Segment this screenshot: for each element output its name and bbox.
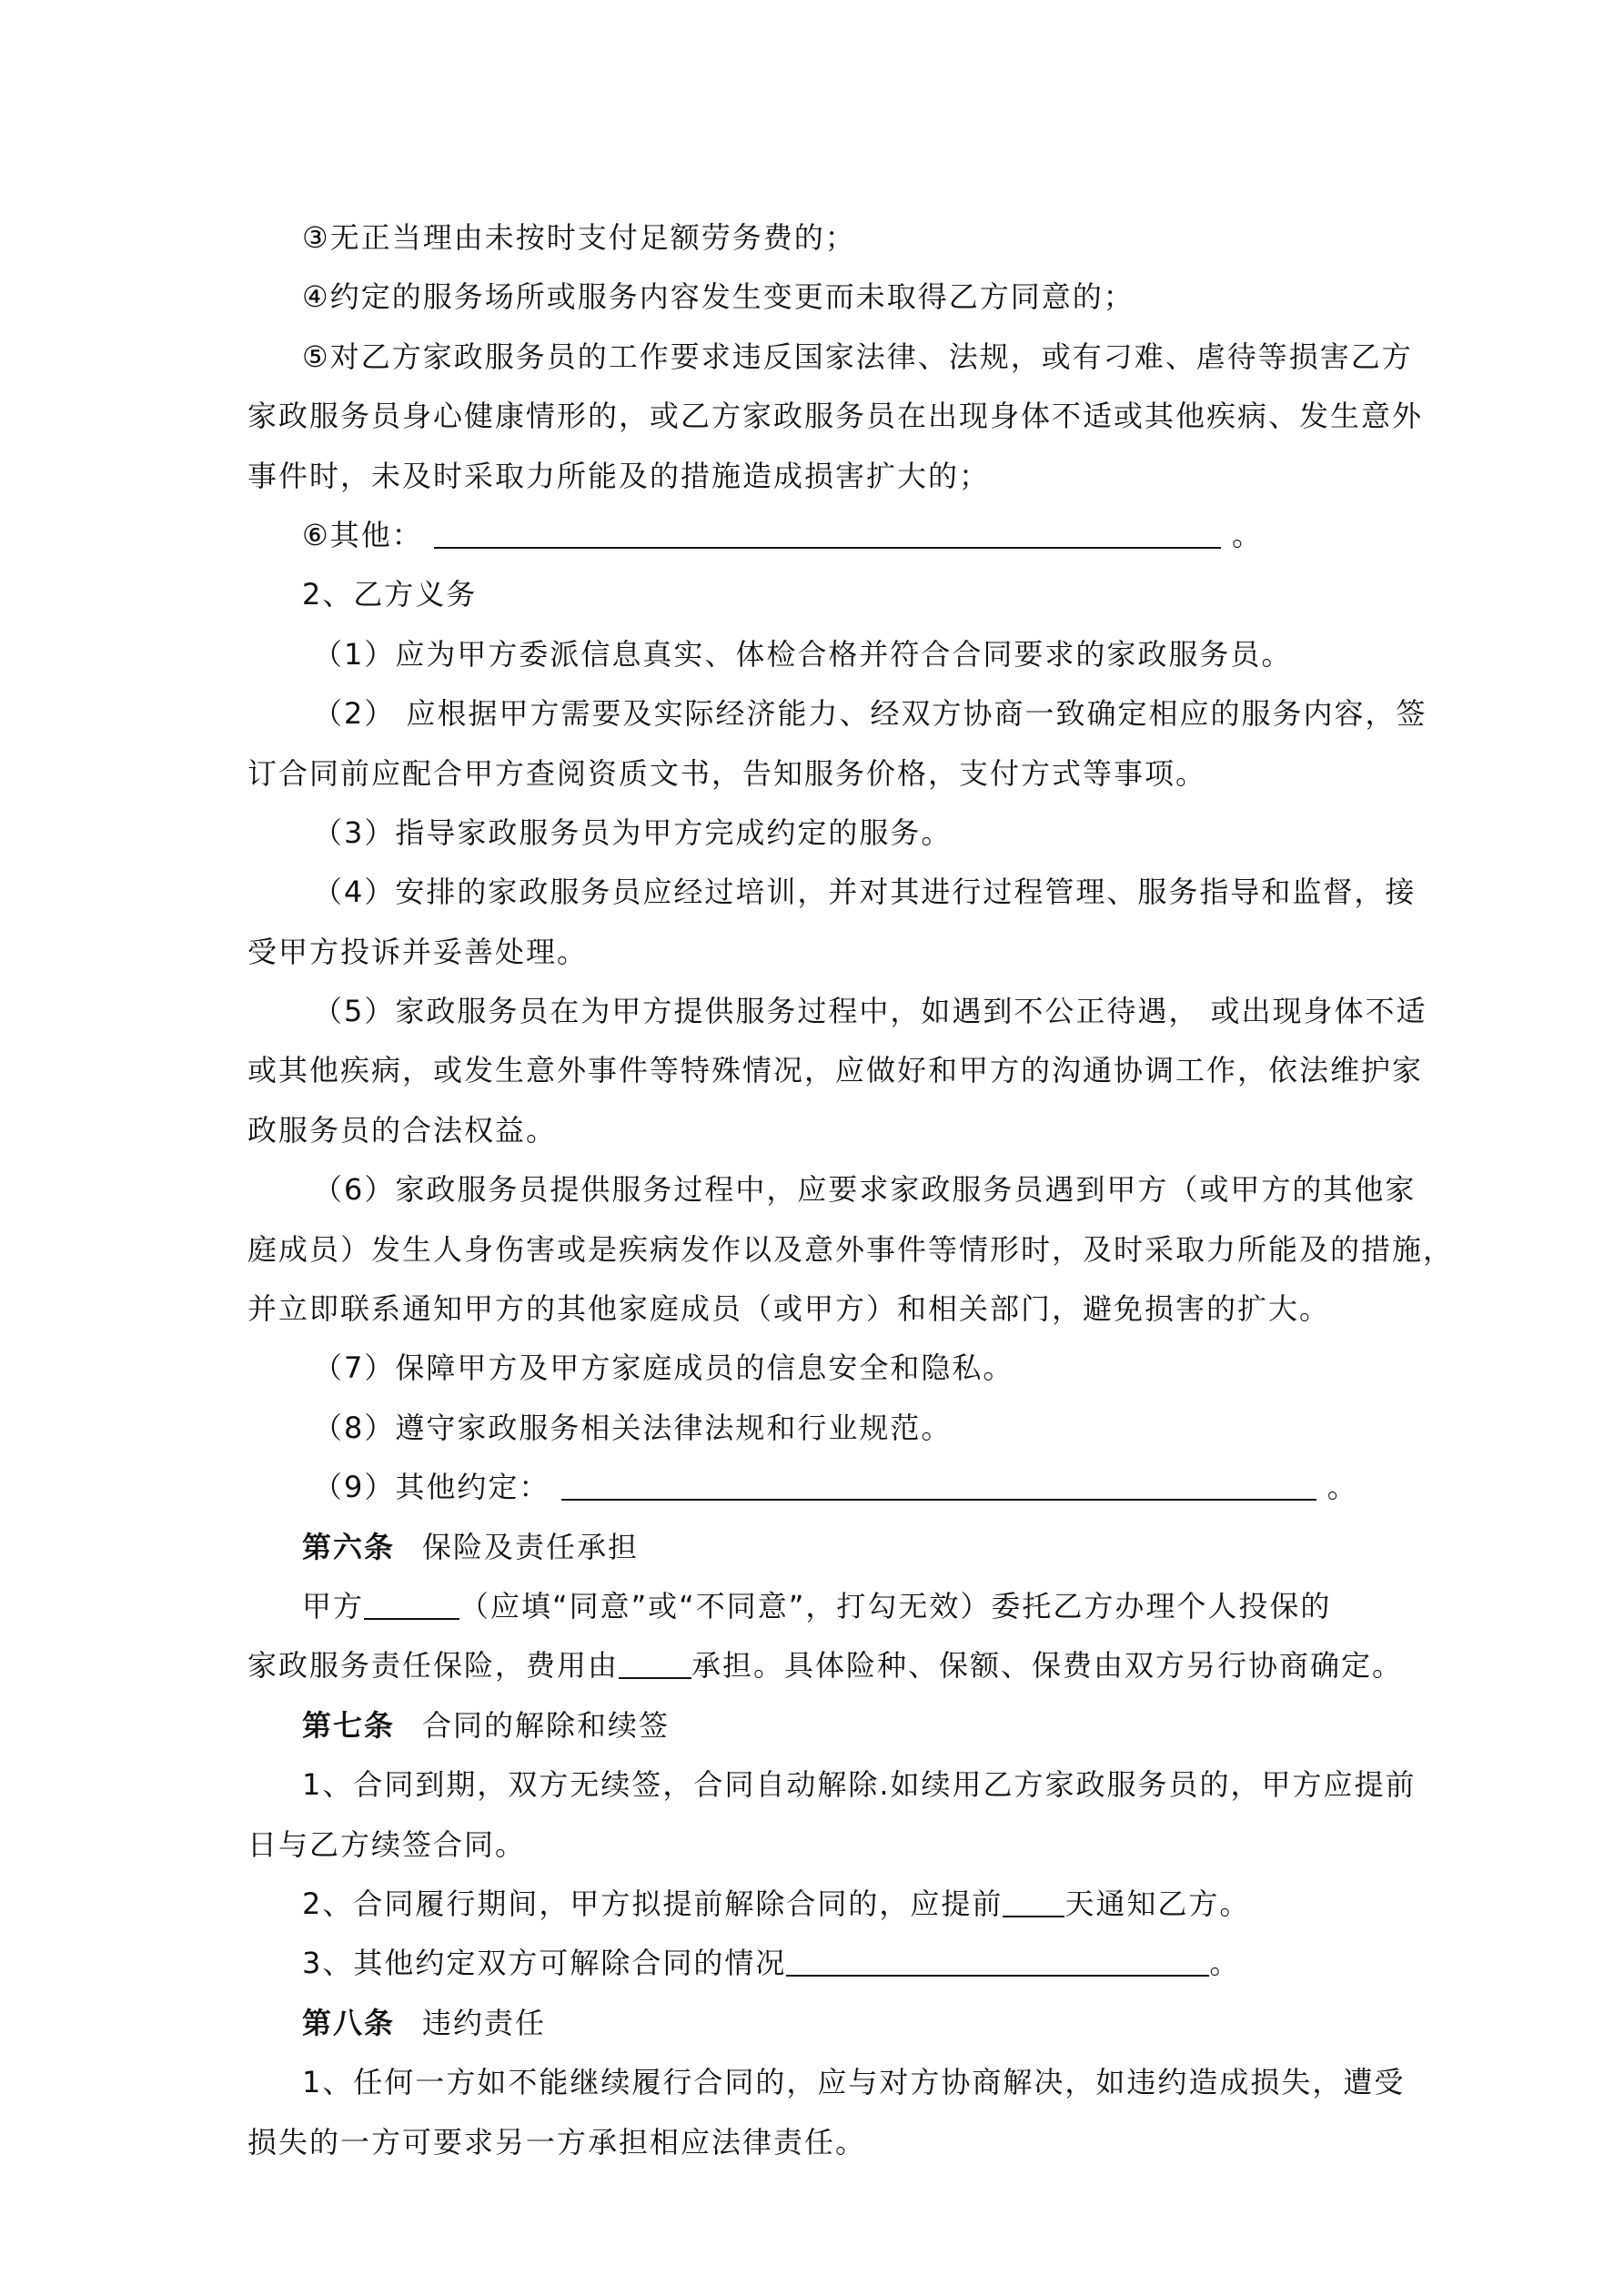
article-8-heading: 第八条违约责任 [247, 1994, 1383, 2053]
obligation-line: （2） 应根据甲方需要及实际经济能力、经双方协商一致确定相应的服务内容，签 [247, 684, 1383, 743]
item-9-label: （9）其他约定： [313, 1470, 550, 1504]
item-6-label: ⑥其他： [302, 518, 423, 552]
paragraph-line: ③无正当理由未按时支付足额劳务费的； [247, 208, 1383, 268]
obligation-line: （6）家政服务员提供服务过程中，应要求家政服务员遇到甲方（或甲方的其他家 [247, 1160, 1383, 1219]
paragraph-line: 家政服务员身心健康情形的，或乙方家政服务员在出现身体不适或其他疾病、发生意外 [247, 387, 1383, 446]
obligation-line: 受甲方投诉并妥善处理。 [247, 923, 1383, 982]
text: 3、其他约定双方可解除合同的情况 [302, 1946, 786, 1980]
article-6-line-2: 家政服务责任保险，费用由承担。具体险种、保额、保费由双方另行协商确定。 [247, 1636, 1383, 1695]
article-6-title: 保险及责任承担 [422, 1530, 639, 1564]
text: 甲方 [302, 1589, 364, 1623]
paragraph-line: ⑤对乙方家政服务员的工作要求违反国家法律、法规，或有刁难、虐待等损害乙方 [247, 328, 1383, 387]
obligation-line: 政服务员的合法权益。 [247, 1101, 1383, 1160]
article-6-line-1: 甲方（应填“同意”或“不同意”，打勾无效）委托乙方办理个人投保的 [247, 1577, 1383, 1636]
item-9-period: 。 [1327, 1470, 1358, 1504]
text: 家政服务责任保险，费用由 [247, 1648, 619, 1683]
item-6-other: ⑥其他： 。 [247, 506, 1383, 565]
article-7-clause-2: 2、合同履行期间，甲方拟提前解除合同的，应提前天通知乙方。 [247, 1875, 1383, 1934]
article-7-clause-3: 3、其他约定双方可解除合同的情况。 [247, 1934, 1383, 1993]
article-7-clause-1b: 日与乙方续签合同。 [247, 1816, 1383, 1875]
article-8-clause-1b: 损失的一方可要求另一方承担相应法律责任。 [247, 2113, 1383, 2172]
obligation-line: 并立即联系通知甲方的其他家庭成员（或甲方）和相关部门，避免损害的扩大。 [247, 1279, 1383, 1339]
paragraph-line: ④约定的服务场所或服务内容发生变更而未取得乙方同意的； [247, 268, 1383, 327]
article-8-number: 第八条 [302, 2006, 395, 2040]
article-8-clause-1a: 1、任何一方如不能继续履行合同的，应与对方协商解决，如违约造成损失，遭受 [247, 2053, 1383, 2112]
text: 承担。具体险种、保额、保费由双方另行协商确定。 [691, 1648, 1403, 1683]
text: 天通知乙方。 [1064, 1886, 1250, 1921]
article-7-number: 第七条 [302, 1708, 395, 1743]
text: 2、合同履行期间，甲方拟提前解除合同的，应提前 [302, 1886, 1003, 1921]
obligation-line: （5）家政服务员在为甲方提供服务过程中，如遇到不公正待遇， 或出现身体不适 [247, 982, 1383, 1041]
termination-conditions-blank-field[interactable] [786, 1947, 1209, 1977]
item-6-blank-field[interactable] [434, 520, 1221, 549]
section-2-title: 2、乙方义务 [247, 565, 1383, 624]
article-7-clause-1a: 1、合同到期，双方无续签，合同自动解除.如续用乙方家政服务员的，甲方应提前 [247, 1755, 1383, 1815]
obligation-line: 庭成员）发生人身伤害或是疾病发作以及意外事件等情形时，及时采取力所能及的措施， [247, 1220, 1383, 1279]
notice-days-blank-field[interactable] [1003, 1888, 1064, 1917]
obligation-line: （3）指导家政服务员为甲方完成约定的服务。 [247, 804, 1383, 863]
paragraph-line: 事件时，未及时采取力所能及的措施造成损害扩大的； [247, 447, 1383, 506]
item-9-other-agreement: （9）其他约定： 。 [247, 1458, 1383, 1517]
item-6-period: 。 [1232, 518, 1263, 552]
article-7-heading: 第七条合同的解除和续签 [247, 1696, 1383, 1755]
obligation-line: （8）遵守家政服务相关法律法规和行业规范。 [247, 1399, 1383, 1458]
article-7-title: 合同的解除和续签 [422, 1708, 670, 1743]
document-page: ③无正当理由未按时支付足额劳务费的； ④约定的服务场所或服务内容发生变更而未取得… [247, 208, 1383, 2172]
obligation-line: （1）应为甲方委派信息真实、体检合格并符合合同要求的家政服务员。 [247, 625, 1383, 684]
obligation-line: 订合同前应配合甲方查阅资质文书，告知服务价格，支付方式等事项。 [247, 744, 1383, 804]
article-6-heading: 第六条保险及责任承担 [247, 1518, 1383, 1577]
article-8-title: 违约责任 [422, 2006, 546, 2040]
fee-payer-blank-field[interactable] [619, 1650, 691, 1679]
obligation-line: 或其他疾病，或发生意外事件等特殊情况，应做好和甲方的沟通协调工作，依法维护家 [247, 1041, 1383, 1100]
consent-blank-field[interactable] [364, 1591, 459, 1620]
obligation-line: （7）保障甲方及甲方家庭成员的信息安全和隐私。 [247, 1339, 1383, 1398]
text: （应填“同意”或“不同意”，打勾无效）委托乙方办理个人投保的 [459, 1589, 1331, 1623]
article-6-number: 第六条 [302, 1530, 395, 1564]
text: 。 [1209, 1946, 1240, 1980]
item-9-blank-field[interactable] [561, 1472, 1316, 1501]
obligation-line: （4）安排的家政服务员应经过培训，并对其进行过程管理、服务指导和监督，接 [247, 863, 1383, 922]
